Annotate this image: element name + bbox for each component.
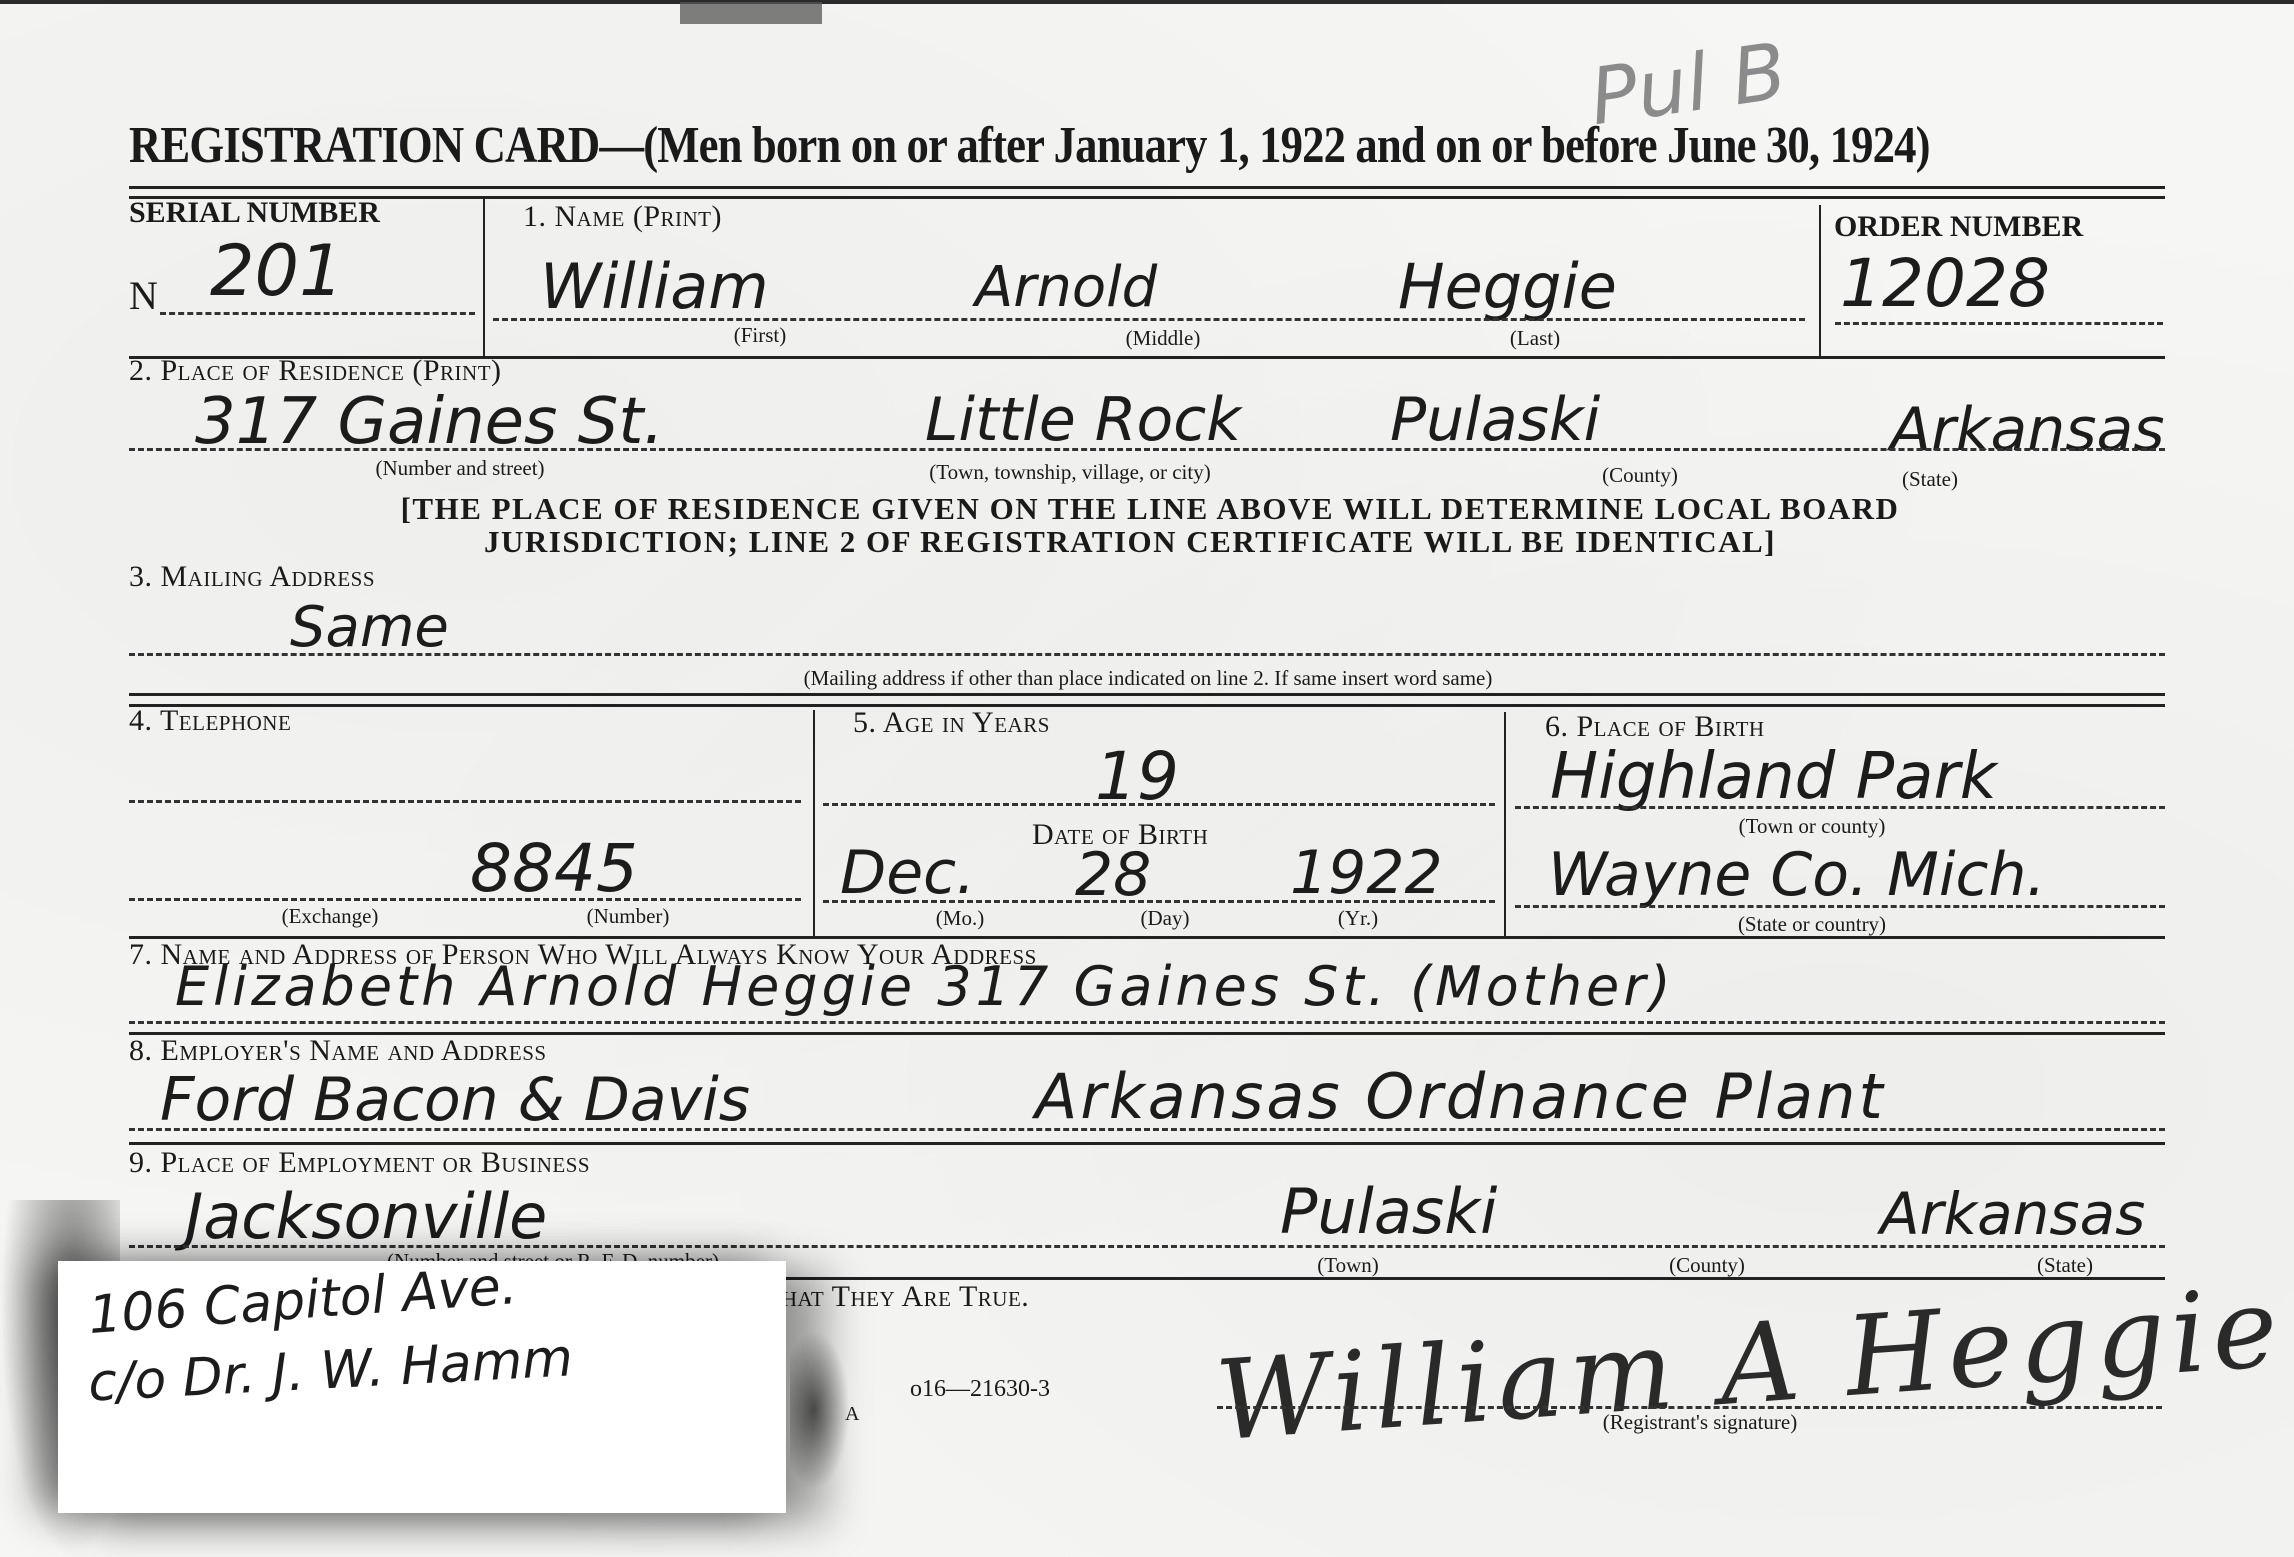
employment-town[interactable]: Pulaski [1280, 1175, 1497, 1248]
dob-month[interactable]: Dec. [840, 838, 975, 908]
title-rule-2 [129, 196, 2165, 199]
shadow-smudge-mid [790, 1330, 850, 1490]
order-line [1835, 322, 2163, 325]
mailing-value[interactable]: Same [290, 595, 449, 660]
contact-value[interactable]: Elizabeth Arnold Heggie 317 Gaines St. (… [175, 955, 1675, 1018]
top-smudge [680, 2, 822, 24]
serial-line [160, 312, 475, 315]
form-code: o16—21630-3 [910, 1376, 1050, 1403]
contact-line [129, 1021, 2165, 1024]
row3-rule-1 [129, 693, 2165, 696]
slip-line2[interactable]: c/o Dr. J. W. Hamm [87, 1328, 575, 1413]
residence-notice-line2: JURISDICTION; LINE 2 OF REGISTRATION CER… [484, 524, 1776, 560]
employment-place-label: 9. Place of Employment or Business [129, 1146, 590, 1180]
employer-label: 8. Employer's Name and Address [129, 1034, 547, 1068]
row3-rule-2 [129, 704, 2165, 707]
employer-address[interactable]: Arkansas Ordnance Plant [1035, 1060, 1886, 1133]
name-first-caption: (First) [734, 323, 787, 348]
order-number-value[interactable]: 12028 [1840, 245, 2050, 322]
card-title: REGISTRATION CARD—(Men born on or after … [129, 116, 1930, 175]
serial-number-label: SERIAL NUMBER [129, 196, 380, 230]
employment-street[interactable]: Jacksonville [185, 1180, 547, 1253]
residence-notice-line1: [THE PLACE OF RESIDENCE GIVEN ON THE LIN… [401, 491, 1900, 527]
birthplace-state[interactable]: Wayne Co. Mich. [1548, 840, 2046, 910]
serial-number-value[interactable]: 201 [210, 230, 344, 312]
telephone-line-2 [129, 898, 801, 901]
residence-town[interactable]: Little Rock [925, 385, 1241, 455]
age-birthplace-divider [1504, 712, 1506, 936]
residence-label: 2. Place of Residence (Print) [129, 354, 502, 388]
name-line [493, 318, 1805, 321]
name-middle-caption: (Middle) [1126, 326, 1201, 351]
serial-prefix: N [129, 272, 158, 319]
slip-line1[interactable]: 106 Capitol Ave. [86, 1256, 519, 1346]
title-rule-1 [129, 186, 2165, 189]
name-last[interactable]: Heggie [1398, 250, 1617, 323]
telephone-label: 4. Telephone [129, 704, 291, 738]
telephone-age-divider [813, 710, 815, 936]
telephone-number-caption: (Number) [587, 904, 670, 929]
signature-caption: (Registrant's signature) [1603, 1410, 1798, 1435]
mailing-label: 3. Mailing Address [129, 560, 375, 594]
telephone-number[interactable]: 8845 [470, 830, 638, 907]
telephone-line-1 [129, 800, 801, 803]
birthplace-town-line [1515, 806, 2165, 809]
employment-town-caption: (Town) [1317, 1253, 1379, 1278]
age-line [823, 803, 1495, 806]
employment-state[interactable]: Arkansas [1880, 1180, 2145, 1248]
signature-line [1217, 1406, 2162, 1409]
employer-line [129, 1128, 2165, 1131]
residence-town-caption: (Town, township, village, or city) [929, 460, 1210, 485]
residence-county-caption: (County) [1602, 463, 1678, 488]
dob-month-caption: (Mo.) [936, 906, 984, 931]
residence-state[interactable]: Arkansas [1890, 395, 2165, 465]
residence-line [129, 448, 2165, 451]
employment-county-caption: (County) [1669, 1253, 1745, 1278]
row8-bottom-rule [129, 1142, 2165, 1145]
order-divider [1819, 205, 1821, 356]
name-label: 1. Name (Print) [523, 200, 722, 234]
order-number-label: ORDER NUMBER [1834, 210, 2083, 244]
birthplace-state-caption: (State or country) [1738, 912, 1886, 937]
residence-county[interactable]: Pulaski [1390, 385, 1600, 455]
serial-divider [483, 196, 485, 356]
telephone-exchange-caption: (Exchange) [282, 904, 379, 929]
employment-state-caption: (State) [2037, 1253, 2093, 1278]
dob-day-caption: (Day) [1141, 906, 1190, 931]
name-middle[interactable]: Arnold [975, 255, 1157, 320]
pasted-address-slip: 106 Capitol Ave. c/o Dr. J. W. Hamm [58, 1261, 786, 1513]
birthplace-town-caption: (Town or county) [1739, 814, 1886, 839]
birthplace-state-line [1515, 905, 2165, 908]
mailing-line [129, 653, 2165, 656]
employment-line [129, 1245, 2165, 1248]
dob-year-caption: (Yr.) [1338, 906, 1378, 931]
residence-street-caption: (Number and street) [375, 456, 544, 481]
dob-year[interactable]: 1922 [1290, 838, 1443, 908]
birthplace-town[interactable]: Highland Park [1550, 740, 1997, 814]
top-edge-strip [0, 0, 2294, 4]
name-first[interactable]: William [540, 250, 769, 323]
residence-state-caption: (State) [1902, 467, 1958, 492]
mailing-caption: (Mailing address if other than place ind… [804, 666, 1493, 691]
employer-name[interactable]: Ford Bacon & Davis [160, 1065, 750, 1135]
dob-line [823, 900, 1495, 903]
age-label: 5. Age in Years [853, 706, 1050, 740]
name-last-caption: (Last) [1510, 326, 1560, 351]
birthplace-label: 6. Place of Birth [1545, 710, 1765, 744]
